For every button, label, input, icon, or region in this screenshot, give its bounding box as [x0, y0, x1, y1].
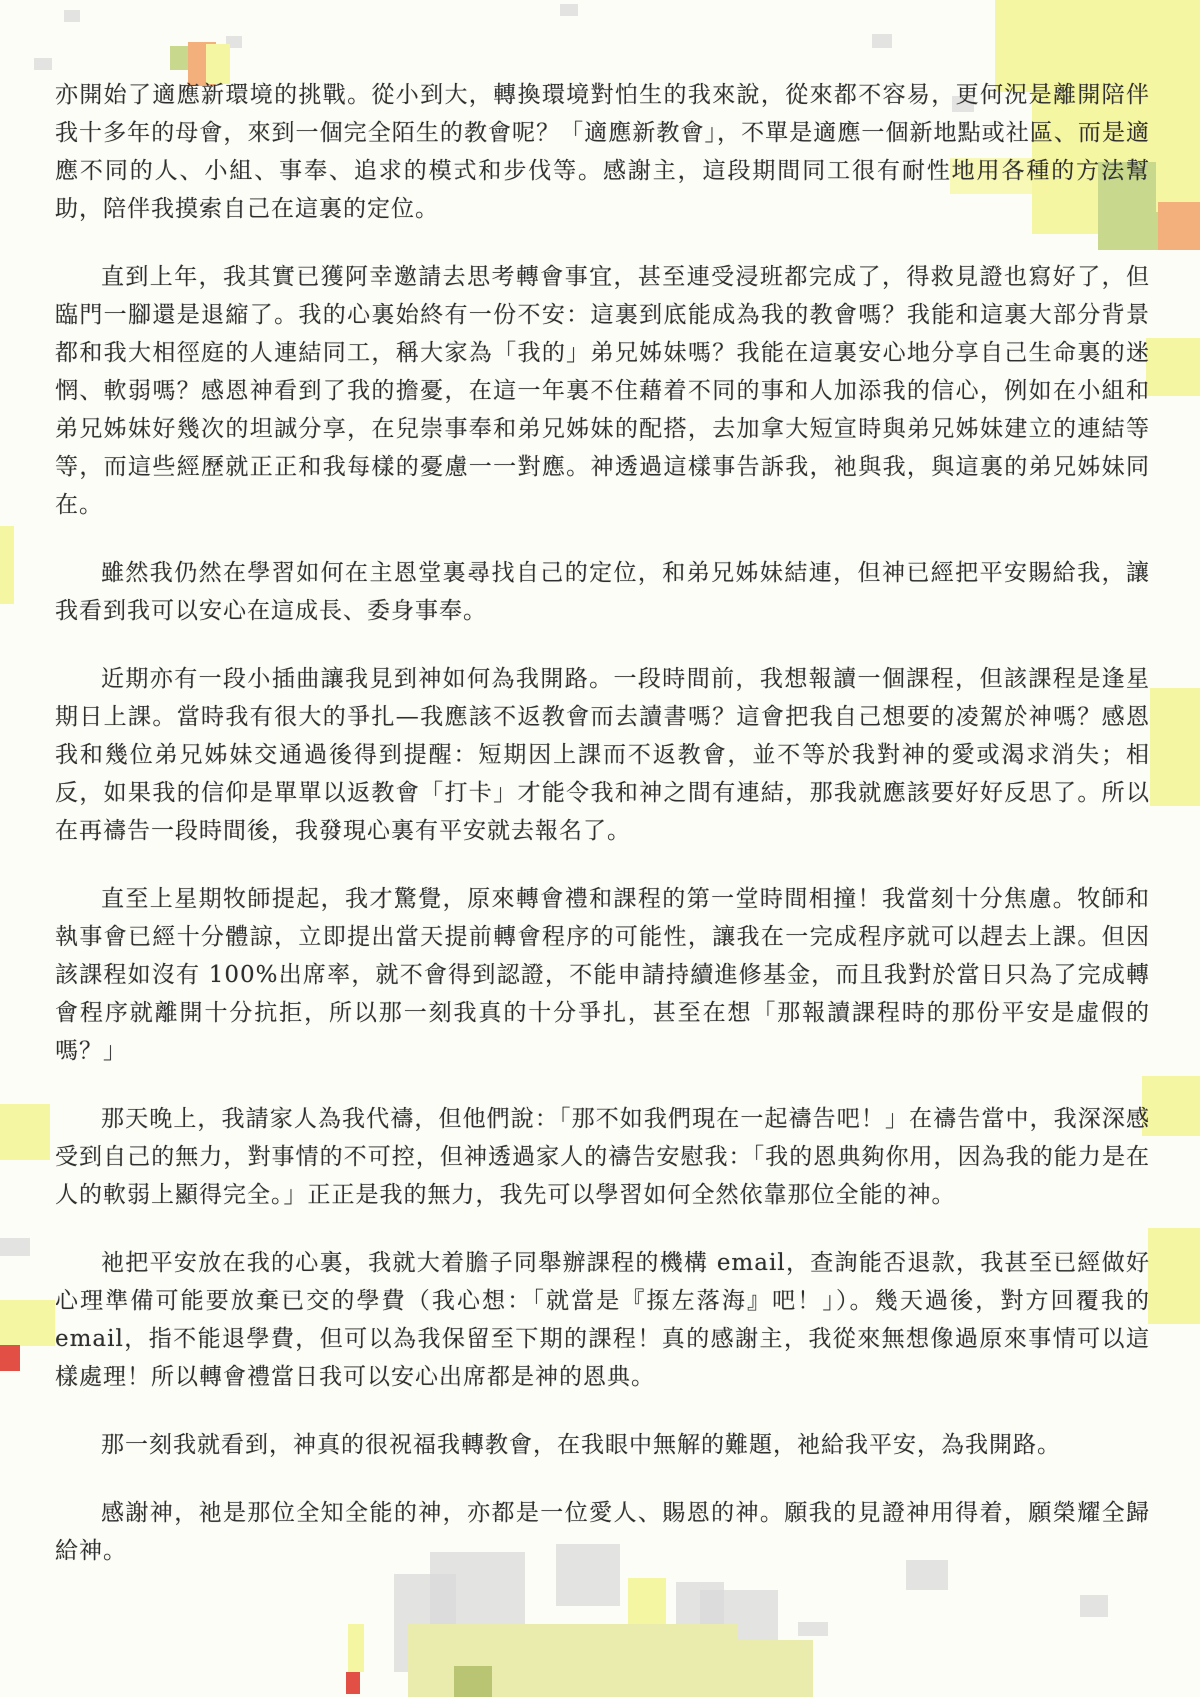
paragraph-2: 直到上年，我其實已獲阿幸邀請去思考轉會事宜，甚至連受浸班都完成了，得救見證也寫好… — [55, 258, 1150, 524]
paragraph-1: 亦開始了適應新環境的挑戰。從小到大，轉換環境對怕生的我來說，從來都不容易，更何況… — [55, 76, 1150, 228]
scanned-page: 亦開始了適應新環境的挑戰。從小到大，轉換環境對怕生的我來說，從來都不容易，更何況… — [0, 0, 1200, 1697]
paragraph-8: 那一刻我就看到，神真的很祝福我轉教會，在我眼中無解的難題，祂給我平安，為我開路。 — [55, 1426, 1150, 1464]
watermark-blob — [454, 1666, 492, 1697]
watermark-blob — [346, 1672, 360, 1694]
testimony-text: 亦開始了適應新環境的挑戰。從小到大，轉換環境對怕生的我來說，從來都不容易，更何況… — [0, 0, 1200, 1570]
scan-artifact — [798, 1622, 828, 1636]
watermark-blob — [558, 1640, 813, 1697]
paragraph-4: 近期亦有一段小插曲讓我見到神如何為我開路。一段時間前，我想報讀一個課程，但該課程… — [55, 660, 1150, 850]
paragraph-3: 雖然我仍然在學習如何在主恩堂裏尋找自己的定位，和弟兄姊妹結連，但神已經把平安賜給… — [55, 554, 1150, 630]
paragraph-5: 直至上星期牧師提起，我才驚覺，原來轉會禮和課程的第一堂時間相撞！我當刻十分焦慮。… — [55, 880, 1150, 1070]
paragraph-7: 祂把平安放在我的心裏，我就大着膽子同舉辦課程的機構 email，查詢能否退款，我… — [55, 1244, 1150, 1396]
scan-artifact — [1080, 1595, 1108, 1617]
paragraph-9: 感謝神，祂是那位全知全能的神，亦都是一位愛人、賜恩的神。願我的見證神用得着，願榮… — [55, 1494, 1150, 1570]
paragraph-6: 那天晚上，我請家人為我代禱，但他們說：「那不如我們現在一起禱告吧！」在禱告當中，… — [55, 1100, 1150, 1214]
watermark-blob — [628, 1578, 666, 1630]
watermark-blob — [348, 1624, 364, 1672]
